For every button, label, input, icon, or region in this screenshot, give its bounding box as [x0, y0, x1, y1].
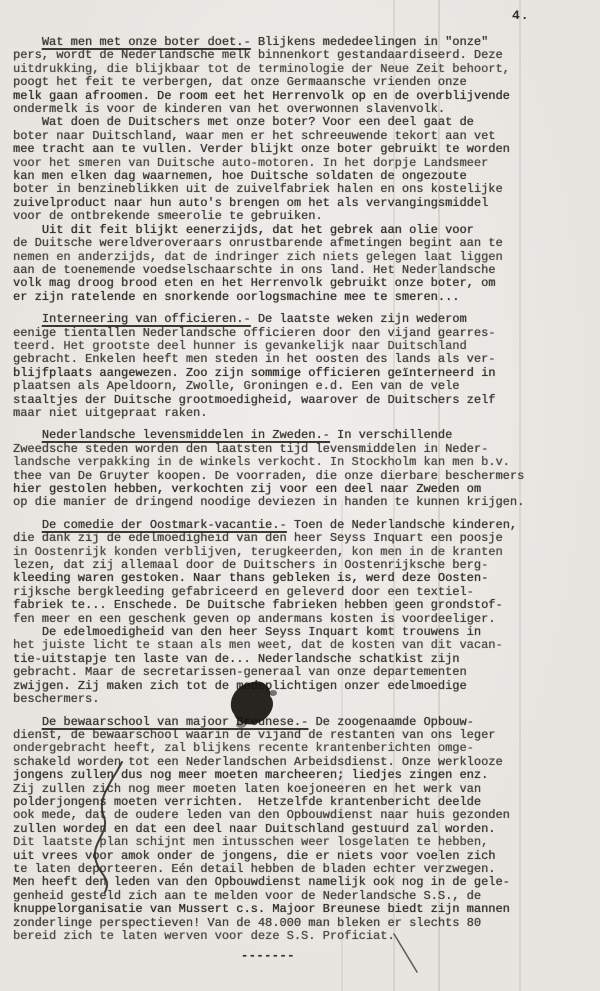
- text-line: uit vrees voor amok onder de jongens, di…: [13, 850, 594, 863]
- paragraph: Wat men met onze boter doet.- Blijkens m…: [13, 36, 594, 304]
- paragraph: Interneering van officieren.- De laatste…: [13, 313, 594, 420]
- text-line: poogt het feit te verbergen, dat onze Ge…: [13, 76, 594, 89]
- text-line: zonderlinge perspectieven! Van de 48.000…: [13, 917, 594, 930]
- text-line: Men heeft den leden van den Opbouwdienst…: [13, 876, 594, 889]
- text-line: Dit laatste plan schijnt men intusschen …: [13, 836, 594, 849]
- text-line: fabriek te... Enschede. De Duitsche fabr…: [13, 599, 594, 612]
- text-line: bereid zich te laten werven voor deze S.…: [13, 930, 594, 943]
- section-heading: De bewaarschool van majoor Breunese.-: [42, 715, 308, 729]
- section-heading: Nederlandsche levensmiddelen in Zweden.-: [42, 428, 330, 442]
- text-line: boter in benzineblikken uit de zuivelfab…: [13, 183, 594, 196]
- text-line: het juiste licht te staan als men weet, …: [13, 639, 594, 652]
- paragraph: De bewaarschool van majoor Breunese.- De…: [13, 716, 594, 944]
- text-line: landsche verpakking in de winkels verkoc…: [13, 456, 594, 469]
- document-page: 4. Wat men met onze boter doet.- Blijken…: [0, 0, 600, 991]
- text-line: ondergebracht heeft, zal blijkens recent…: [13, 742, 594, 755]
- text-line: zwijgen. Zij maken zich tot de medeplich…: [13, 680, 594, 693]
- text-line: mee tracht aan te vullen. Verder blijkt …: [13, 143, 594, 156]
- text-line: kleeding waren gestoken. Naar thans gebl…: [13, 572, 594, 585]
- section-heading: Wat men met onze boter doet.-: [42, 35, 251, 49]
- text-line: eenige tientallen Nederlandsche officier…: [13, 327, 594, 340]
- text-line: jongens zullen dus nog meer moeten march…: [13, 769, 594, 782]
- section-heading: De comedie der Oostmark-vacantie.-: [42, 518, 287, 532]
- text-line: gebracht. Enkelen heeft men steden in he…: [13, 353, 594, 366]
- document-body: Wat men met onze boter doet.- Blijkens m…: [13, 36, 594, 952]
- text-line: voor de ontbrekende smeerolie te gebruik…: [13, 210, 594, 223]
- section-heading: Interneering van officieren.-: [42, 312, 251, 326]
- paragraph: Nederlandsche levensmiddelen in Zweden.-…: [13, 429, 594, 509]
- text-line: de Duitsche wereldveroveraars onrustbare…: [13, 237, 594, 250]
- text-line: Wat doen de Duitschers met onze boter? V…: [13, 116, 594, 129]
- text-line: plaatsen als Apeldoorn, Zwolle, Groninge…: [13, 380, 594, 393]
- text-line: die dank zij de edelmoedigheid van den h…: [13, 532, 594, 545]
- text-line: staaltjes der Duitsche grootmoedigheid, …: [13, 394, 594, 407]
- text-line: ook mede, dat de oudere leden van den Op…: [13, 809, 594, 822]
- text-line: knuppelorganisatie van Mussert c.s. Majo…: [13, 903, 594, 916]
- text-line: maar niet uitgepraat raken.: [13, 407, 594, 420]
- text-line: thee van De Gruyter koopen. De voorraden…: [13, 470, 594, 483]
- page-number: 4.: [512, 8, 530, 23]
- text-line: volk mag droog brood eten en het Herrenv…: [13, 277, 594, 290]
- end-divider: -------: [13, 950, 594, 963]
- text-line: Nederlandsche levensmiddelen in Zweden.-…: [13, 429, 594, 442]
- text-line: pers, wordt de Nederlandsche melk binnen…: [13, 49, 594, 62]
- text-line: gebracht. Maar de secretarissen-generaal…: [13, 666, 594, 679]
- text-line: nemen en anderzijds, dat de indringer zi…: [13, 251, 594, 264]
- text-line: op die manier de dringend noodige deviez…: [13, 496, 594, 509]
- text-line: Interneering van officieren.- De laatste…: [13, 313, 594, 326]
- text-line: De bewaarschool van majoor Breunese.- De…: [13, 716, 594, 729]
- text-line: Zij zullen zich nog meer moeten laten ko…: [13, 783, 594, 796]
- text-line: beschermers.: [13, 693, 594, 706]
- paragraph: De comedie der Oostmark-vacantie.- Toen …: [13, 519, 594, 707]
- text-line: er zijn ratelende en snorkende oorlogsma…: [13, 291, 594, 304]
